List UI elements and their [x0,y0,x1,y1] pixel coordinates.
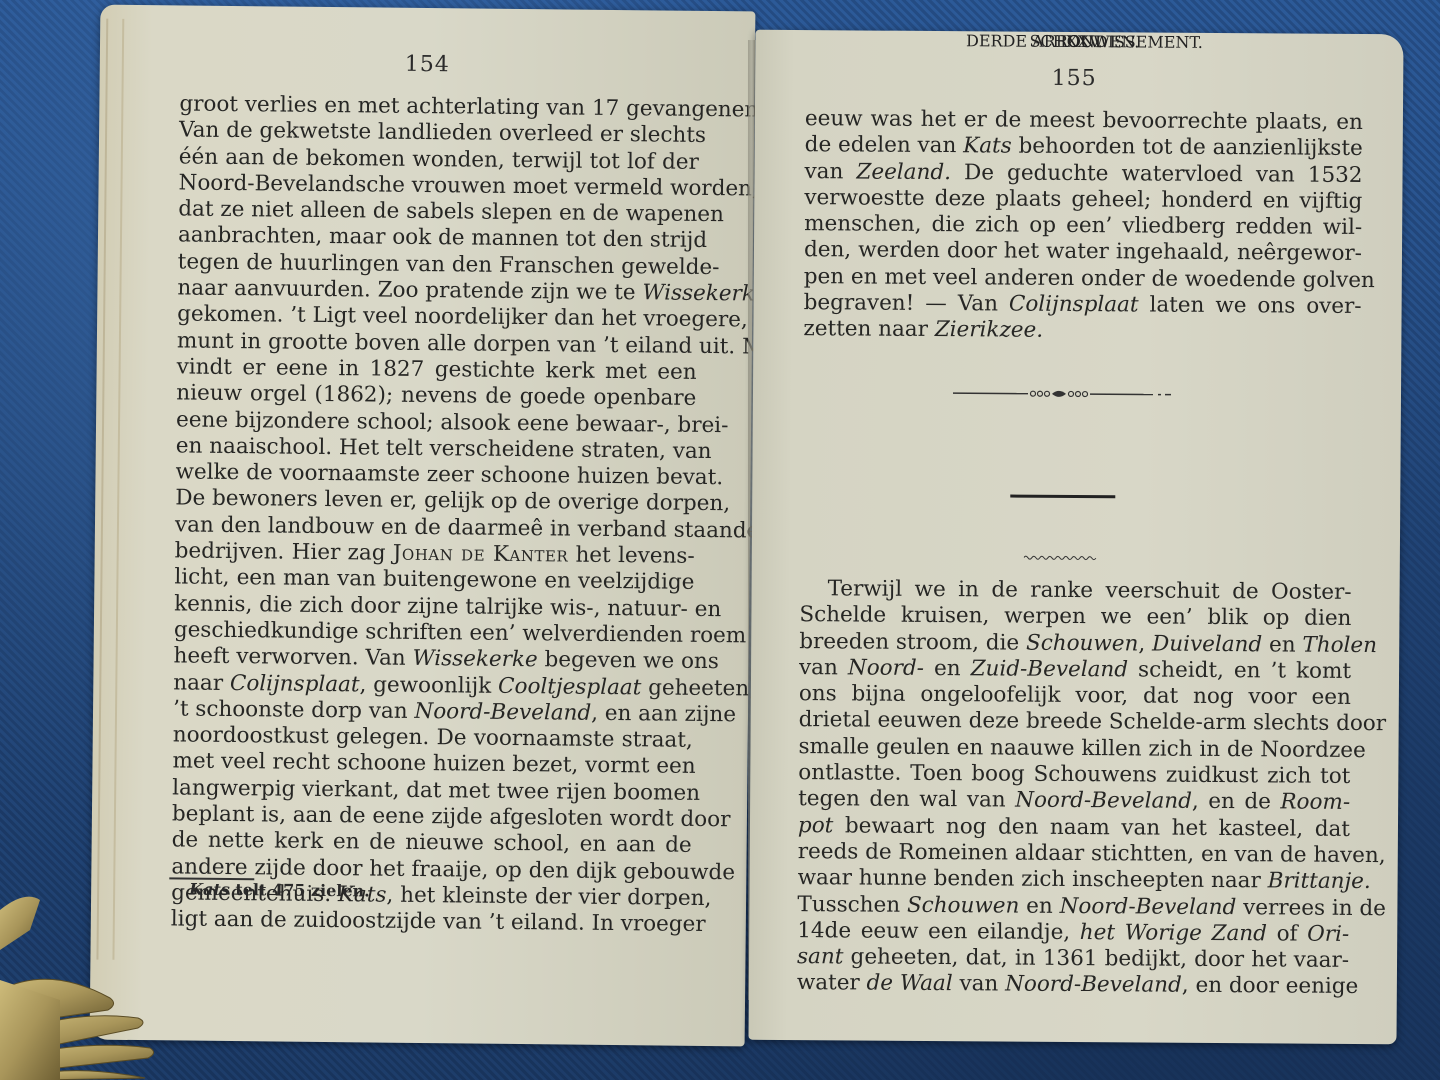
text-run: noordoostkust gelegen. De voornaamste st… [173,723,693,753]
text-line: verwoestte deze plaats geheel; honderd e… [804,185,1362,215]
text-line: water de Waal van Noord-Beveland, en doo… [797,971,1349,1001]
text-run: De geduchte watervloed van 1532 [951,160,1363,188]
text-run: de edelen van [805,132,964,158]
page-number-right: 155 [745,64,1403,94]
text-run: , gewoonlijk [359,672,498,698]
text-run: of [1267,921,1307,946]
italic-text: Duiveland [1152,631,1262,657]
text-run: ’t schoonste dorp van [173,696,415,724]
ornamental-rule-icon [953,387,1183,401]
region-heading: SCHOUWEN. [795,30,1373,53]
text-line: pot bewaart nog den naam van het kasteel… [798,813,1350,843]
text-run: heeft verworven. Van [173,644,412,672]
text-run: het levens- [568,543,695,569]
text-run: verwoestte deze plaats geheel; honderd e… [804,185,1362,214]
text-line: van Noord- en Zuid-Beveland scheidt, en … [799,655,1351,685]
text-run: van [799,655,848,680]
text-run: smalle geulen en naauwe killen zich in d… [798,734,1365,763]
text-run: tegen de huurlingen van den Franschen ge… [178,249,720,280]
italic-text: Schouwen [1026,630,1139,656]
text-run: , en de [1192,789,1281,815]
text-run: geheeten, dat, in 1361 bedijkt, door het… [843,945,1349,974]
footnote-text: telt 475 zielen. [230,880,370,900]
text-run: , [1138,631,1152,656]
chapter-rule [1010,495,1115,499]
brass-hand-icon [0,870,190,1080]
italic-text: Tholen [1302,632,1377,658]
text-run: vindt er eene in 1827 gestichte kerk met… [177,354,697,384]
text-run: , en door eenige [1182,973,1359,999]
text-line: Tusschen Schouwen en Noord-Beveland verr… [797,892,1349,922]
italic-text: Zierikzee. [935,317,1044,343]
text-run: naar [173,670,230,696]
text-run: ontlastte. Toen boog Schouwens zuidkust … [798,760,1350,789]
italic-text: Zuid-Beveland [971,656,1129,682]
right-page-top-body: eeuw was het er de meest bevoorrechte pl… [803,106,1363,347]
text-run: 14de eeuw een eilandje, [797,918,1080,945]
text-run: welke de voornaamste zeer schoone huizen… [175,460,723,491]
italic-text: sant [797,944,844,969]
text-run: naar aanvuurden. Zoo pratende zijn we te [177,275,642,305]
text-run: bedrijven. Hier zag [175,538,393,565]
text-line: smalle geulen en naauwe killen zich in d… [798,734,1350,764]
italic-text: Wissekerke [412,646,537,672]
text-run: met veel recht schoone huizen bezet, vor… [172,749,695,779]
text-line: 14de eeuw een eilandje, het Worige Zand … [797,918,1349,948]
text-run: van [953,972,1006,997]
text-run: nieuw orgel (1862); nevens de goede open… [176,381,696,411]
text-run: langwerpig vierkant, dat met twee rijen … [172,775,700,806]
text-line: tegen den wal van Noord-Beveland, en de … [798,786,1350,816]
text-line: Schelde kruisen, werpen we een’ blik op … [799,602,1351,632]
page-number-left: 154 [100,49,755,81]
italic-text: Cooltjesplaat [498,673,641,699]
italic-text: Kats [963,134,1012,159]
italic-text: pot [798,813,834,838]
italic-text: Noord- [848,655,924,681]
text-line: ontlastte. Toen boog Schouwens zuidkust … [798,760,1350,790]
text-run: menschen, die zich op een’ vliedberg red… [804,211,1362,240]
text-line: den, werden door het water ingehaald, ne… [804,238,1362,268]
text-line: drietal eeuwen deze breede Schelde-arm s… [799,708,1351,738]
text-run: geheeten, [641,675,756,701]
text-run: de nette kerk en de nieuwe school, en aa… [172,828,692,858]
text-line: de edelen van Kats behoorden tot de aanz… [805,132,1363,162]
text-run: waar hunne benden zich inscheepten naar [798,865,1268,893]
text-run: licht, een man van buitengewone en veelz… [174,565,694,595]
text-run: ons bijna ongeloofelijk voor, dat nog vo… [799,681,1351,710]
text-line: breeden stroom, die Schouwen, Duiveland … [799,629,1351,659]
text-run: , en aan zijne [591,701,736,728]
right-page-main-body: Terwijl we in de ranke veerschuit de Oos… [797,576,1352,1001]
text-run: en [1262,632,1302,657]
italic-text: Schouwen [907,892,1020,918]
text-run: en [1019,893,1059,918]
text-line: sant geheeten, dat, in 1361 bedijkt, doo… [797,944,1349,974]
italic-text: Colijnsplaat [1009,292,1139,318]
italic-text: de Waal [866,971,952,997]
text-run: Schelde kruisen, werpen we een’ blik op … [799,602,1351,631]
text-run: kennis, die zich door zijne talrijke wis… [174,591,721,622]
text-run: pen en met veel anderen onder de woedend… [804,264,1375,293]
text-run: dat ze niet alleen de sabels slepen en d… [178,197,724,228]
text-run: begeven we ons [538,647,719,674]
text-line: van Zeeland. De geduchte watervloed van … [804,159,1362,189]
text-line: pen en met veel anderen onder de woedend… [804,264,1362,294]
text-run: reeds de Romeinen aldaar stichtten, en v… [798,839,1386,868]
wavy-rule-icon [1024,554,1098,563]
text-run: ligt aan de zuidoostzijde van ’t eiland.… [171,907,706,938]
italic-text: Ori- [1307,921,1349,946]
left-page-body: groot verlies en met achterlating van 17… [171,91,700,938]
italic-text: Noord-Beveland [1005,972,1182,998]
text-line: reeds de Romeinen aldaar stichtten, en v… [798,839,1350,869]
italic-text: Noord-Beveland [1015,788,1192,814]
italic-text: Room- [1280,790,1350,815]
italic-text: Colijnsplaat [230,671,360,697]
text-line: ligt aan de zuidoostzijde van ’t eiland.… [171,907,691,939]
text-run: scheidt, en ’t komt [1128,657,1351,684]
footnote: Kats telt 475 zielen. [189,880,370,901]
text-line: menschen, die zich op een’ vliedberg red… [804,211,1362,241]
text-run: één aan de bekomen wonden, terwijl tot l… [179,144,699,174]
small-caps-text: Johan de Kanter [393,541,569,568]
italic-text: Zeeland. [856,159,951,185]
italic-text: Noord-Beveland [414,699,591,726]
text-line: zetten naar Zierikzee. [803,316,1361,346]
text-run: en [924,656,971,681]
text-run: laten we ons over- [1138,293,1361,320]
text-run: den, werden door het water ingehaald, ne… [804,238,1362,267]
text-run: Van de gekwetste landlieden overleed er … [179,118,706,149]
text-run: behoorden tot de aanzienlijkste [1012,134,1363,161]
text-run: van [804,159,856,184]
text-run: bewaart nog den naam van het kasteel, da… [833,813,1350,842]
text-run: eeuw was het er de meest bevoorrechte pl… [805,106,1363,135]
text-run: begraven! — Van [804,290,1009,316]
text-run: breeden stroom, die [799,629,1026,656]
text-run: en naaischool. Het telt verscheidene str… [176,433,712,464]
italic-text: Brittanje. [1268,869,1371,895]
text-run: verrees in de [1236,895,1386,921]
italic-text: Noord-Beveland [1060,893,1237,919]
text-run: drietal eeuwen deze breede Schelde-arm s… [799,708,1387,737]
footnote-italic: Kats [189,880,230,899]
text-run: , het kleinste der vier dorpen, [386,883,711,911]
text-run: zetten naar [803,316,935,342]
text-line: waar hunne benden zich inscheepten naar … [798,865,1350,895]
text-line: eeuw was het er de meest bevoorrechte pl… [805,106,1363,136]
text-run: water [797,971,867,996]
text-run: aanbrachten, maar ook de mannen tot den … [178,223,707,254]
right-page: 155 eeuw was het er de meest bevoorrecht… [748,30,1403,1044]
text-run: Terwijl we in de ranke veerschuit de Oos… [828,576,1352,605]
text-run: Tusschen [797,892,907,918]
text-line: Terwijl we in de ranke veerschuit de Oos… [800,576,1352,606]
text-run: tegen den wal van [798,786,1015,813]
italic-text: het Worige Zand [1080,920,1267,946]
text-line: begraven! — Van Colijnsplaat laten we on… [804,290,1362,320]
text-line: ons bijna ongeloofelijk voor, dat nog vo… [799,681,1351,711]
